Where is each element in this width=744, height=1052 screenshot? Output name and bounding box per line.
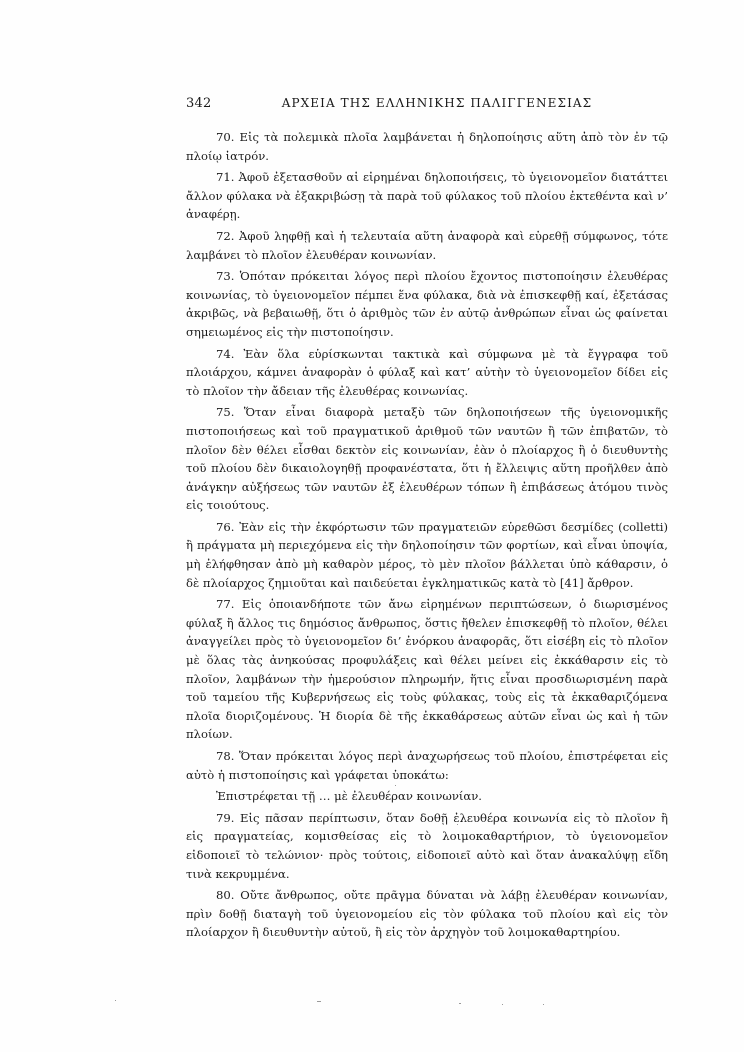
article-number: 72. <box>216 229 234 243</box>
scan-speck <box>502 1004 503 1005</box>
running-title: ΑΡΧΕΙΑ ΤΗΣ ΕΛΛΗΝΙΚΗΣ ΠΑΛΙΓΓΕΝΕΣΙΑΣ <box>186 96 668 110</box>
paragraph-70: 70. Εἰς τὰ πολεμικὰ πλοῖα λαμβάνεται ἡ δ… <box>186 128 668 165</box>
paragraph-text: Ἐὰν εἰς τὴν ἐκφόρτωσιν τῶν πραγματειῶν ε… <box>186 520 668 590</box>
body-text: 70. Εἰς τὰ πολεμικὰ πλοῖα λαμβάνεται ἡ δ… <box>186 128 668 945</box>
article-number: 73. <box>216 269 234 283</box>
paragraph-text: Ὅταν πρόκειται λόγος περὶ ἀναχωρήσεως το… <box>186 749 668 782</box>
paragraph-text: Εἰς τὰ πολεμικὰ πλοῖα λαμβάνεται ἡ δηλοπ… <box>186 130 668 163</box>
paragraph-text: Οὔτε ἄνθρωπος, οὔτε πρᾶγμα δύναται νὰ λά… <box>186 888 668 939</box>
article-number: 70. <box>216 130 234 144</box>
paragraph-text: Ὅταν εἶναι διαφορὰ μεταξὺ τῶν δηλοποιήσε… <box>186 405 668 512</box>
article-number: 76. <box>216 520 234 534</box>
paragraph-80: 80. Οὔτε ἄνθρωπος, οὔτε πρᾶγμα δύναται ν… <box>186 886 668 942</box>
paragraph-78: 78. Ὅταν πρόκειται λόγος περὶ ἀναχωρήσεω… <box>186 747 668 784</box>
paragraph-72: 72. Ἀφοῦ ληφθῇ καὶ ἡ τελευταία αὕτη ἀναφ… <box>186 227 668 264</box>
scan-speck <box>459 1003 461 1004</box>
paragraph-text: Ὁπόταν πρόκειται λόγος περὶ πλοίου ἔχοντ… <box>186 269 668 339</box>
article-number: 79. <box>216 811 234 825</box>
article-number: 75. <box>216 405 234 419</box>
paragraph-text: Εἰς ὁποιανδήποτε τῶν ἄνω εἰρημένων περιπ… <box>186 597 668 741</box>
endorsement-formula: Ἐπιστρέφεται τῇ … μὲ ἐλευθέραν κοινωνίαν… <box>186 787 668 806</box>
article-number: 78. <box>216 749 234 763</box>
article-number: 74. <box>216 347 234 361</box>
paragraph-text: Ἀφοῦ ληφθῇ καὶ ἡ τελευταία αὕτη ἀναφορὰ … <box>186 229 668 262</box>
article-number: 77. <box>216 597 234 611</box>
paragraph-text: Ἀφοῦ ἐξετασθοῦν αἱ εἰρημέναι δηλοποιήσει… <box>186 170 668 221</box>
paragraph-76: 76. Ἐὰν εἰς τὴν ἐκφόρτωσιν τῶν πραγματει… <box>186 518 668 592</box>
scan-speck <box>543 1004 544 1005</box>
article-number: 80. <box>216 888 234 902</box>
paragraph-text: Ἐπιστρέφεται τῇ … μὲ ἐλευθέραν κοινωνίαν… <box>216 789 482 803</box>
running-head: 342 ΑΡΧΕΙΑ ΤΗΣ ΕΛΛΗΝΙΚΗΣ ΠΑΛΙΓΓΕΝΕΣΙΑΣ <box>186 96 668 114</box>
scan-speck <box>317 1001 321 1002</box>
paragraph-77: 77. Εἰς ὁποιανδήποτε τῶν ἄνω εἰρημένων π… <box>186 595 668 744</box>
paragraph-73: 73. Ὁπόταν πρόκειται λόγος περὶ πλοίου ἔ… <box>186 267 668 341</box>
paragraph-79: 79. Εἰς πᾶσαν περίπτωσιν, ὅταν δοθῇ ἐλευ… <box>186 809 668 883</box>
document-page: 342 ΑΡΧΕΙΑ ΤΗΣ ΕΛΛΗΝΙΚΗΣ ΠΑΛΙΓΓΕΝΕΣΙΑΣ 7… <box>0 0 744 1052</box>
paragraph-text: Ἐὰν ὅλα εὑρίσκωνται τακτικὰ καὶ σύμφωνα … <box>186 347 668 398</box>
paragraph-74: 74. Ἐὰν ὅλα εὑρίσκωνται τακτικὰ καὶ σύμφ… <box>186 345 668 401</box>
article-number: 71. <box>216 170 234 184</box>
paragraph-text: Εἰς πᾶσαν περίπτωσιν, ὅταν δοθῇ ἐλευθέρα… <box>186 811 668 881</box>
paragraph-71: 71. Ἀφοῦ ἐξετασθοῦν αἱ εἰρημέναι δηλοποι… <box>186 168 668 224</box>
paragraph-75: 75. Ὅταν εἶναι διαφορὰ μεταξὺ τῶν δηλοπο… <box>186 403 668 515</box>
scan-speck <box>115 1000 116 1001</box>
